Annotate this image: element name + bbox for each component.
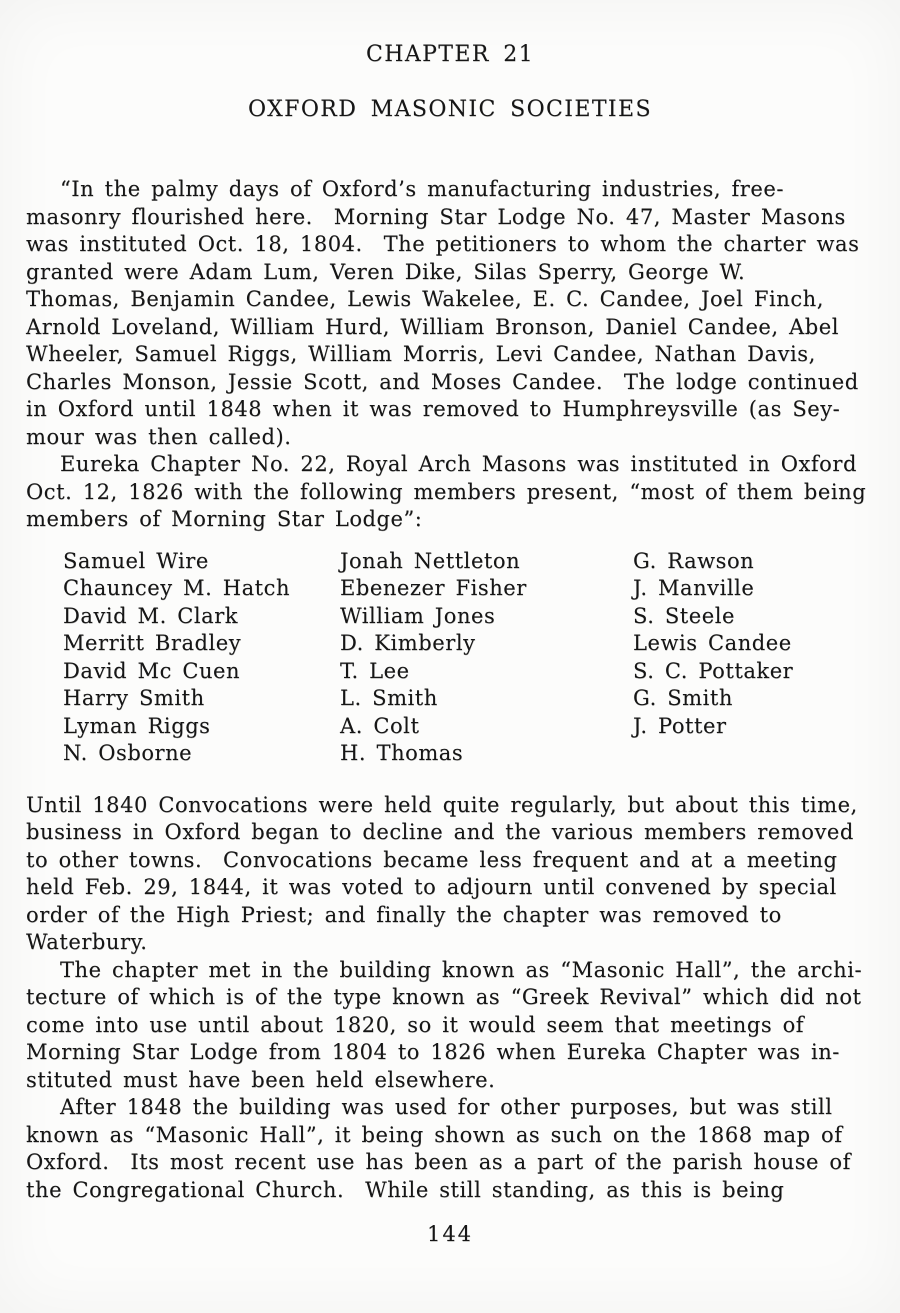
member-name: Chauncey M. Hatch: [63, 575, 340, 603]
text-line: Morning Star Lodge from 1804 to 1826 whe…: [26, 1039, 886, 1067]
text-line: business in Oxford began to decline and …: [26, 819, 886, 847]
member-name: L. Smith: [340, 685, 633, 713]
text-line: order of the High Priest; and finally th…: [26, 902, 886, 930]
member-name: T. Lee: [340, 658, 633, 686]
member-name: G. Rawson: [633, 548, 886, 576]
paragraph-morning-star-lodge: “In the palmy days of Oxford’s manufactu…: [26, 176, 886, 451]
text-line: Thomas, Benjamin Candee, Lewis Wakelee, …: [26, 286, 886, 314]
member-name: J. Potter: [633, 713, 886, 741]
paragraph-convocations: Until 1840 Convocations were held quite …: [26, 792, 886, 957]
member-name: G. Smith: [633, 685, 886, 713]
text-line: After 1848 the building was used for oth…: [26, 1094, 886, 1122]
member-name: A. Colt: [340, 713, 633, 741]
text-line: Oxford. Its most recent use has been as …: [26, 1149, 886, 1177]
text-line: masonry flourished here. Morning Star Lo…: [26, 204, 886, 232]
text-line: “In the palmy days of Oxford’s manufactu…: [26, 176, 886, 204]
text-line: the Congregational Church. While still s…: [26, 1177, 886, 1205]
text-line: mour was then called).: [26, 424, 886, 452]
member-name: N. Osborne: [63, 740, 340, 768]
text-line: tecture of which is of the type known as…: [26, 984, 886, 1012]
text-line: Eureka Chapter No. 22, Royal Arch Masons…: [26, 451, 886, 479]
member-name: David M. Clark: [63, 603, 340, 631]
text-line: held Feb. 29, 1844, it was voted to adjo…: [26, 874, 886, 902]
member-name: Samuel Wire: [63, 548, 340, 576]
members-column-3: G. RawsonJ. ManvilleS. SteeleLewis Cande…: [633, 548, 886, 768]
text-line: stituted must have been held elsewhere.: [26, 1067, 886, 1095]
member-name: D. Kimberly: [340, 630, 633, 658]
member-name: H. Thomas: [340, 740, 633, 768]
text-line: granted were Adam Lum, Veren Dike, Silas…: [26, 259, 886, 287]
text-line: come into use until about 1820, so it wo…: [26, 1012, 886, 1040]
text-line: members of Morning Star Lodge”:: [26, 506, 886, 534]
members-column-2: Jonah NettletonEbenezer FisherWilliam Jo…: [340, 548, 633, 768]
text-line: Until 1840 Convocations were held quite …: [26, 792, 886, 820]
text-line: Oct. 12, 1826 with the following members…: [26, 479, 886, 507]
text-line: Waterbury.: [26, 929, 886, 957]
member-name: Jonah Nettleton: [340, 548, 633, 576]
member-name: Harry Smith: [63, 685, 340, 713]
member-name: S. C. Pottaker: [633, 658, 886, 686]
text-line: to other towns. Convocations became less…: [26, 847, 886, 875]
text-line: The chapter met in the building known as…: [26, 957, 886, 985]
page-body: “In the palmy days of Oxford’s manufactu…: [26, 176, 886, 1204]
member-name: David Mc Cuen: [63, 658, 340, 686]
member-name: Ebenezer Fisher: [340, 575, 633, 603]
text-line: Charles Monson, Jessie Scott, and Moses …: [26, 369, 886, 397]
member-name: J. Manville: [633, 575, 886, 603]
text-line: was instituted Oct. 18, 1804. The petiti…: [26, 231, 886, 259]
member-name: S. Steele: [633, 603, 886, 631]
page-title: OXFORD MASONIC SOCIETIES: [0, 97, 900, 122]
text-line: Arnold Loveland, William Hurd, William B…: [26, 314, 886, 342]
paragraph-masonic-hall: The chapter met in the building known as…: [26, 957, 886, 1095]
member-name: Lewis Candee: [633, 630, 886, 658]
member-name: Lyman Riggs: [63, 713, 340, 741]
members-column-1: Samuel WireChauncey M. HatchDavid M. Cla…: [63, 548, 340, 768]
member-name: Merritt Bradley: [63, 630, 340, 658]
paragraph-eureka-chapter: Eureka Chapter No. 22, Royal Arch Masons…: [26, 451, 886, 534]
book-page: CHAPTER 21 OXFORD MASONIC SOCIETIES “In …: [0, 0, 900, 1313]
members-list: Samuel WireChauncey M. HatchDavid M. Cla…: [63, 548, 886, 768]
text-line: in Oxford until 1848 when it was removed…: [26, 396, 886, 424]
chapter-heading: CHAPTER 21: [0, 42, 900, 67]
text-line: known as “Masonic Hall”, it being shown …: [26, 1122, 886, 1150]
paragraph-after-1848: After 1848 the building was used for oth…: [26, 1094, 886, 1204]
member-name: William Jones: [340, 603, 633, 631]
text-line: Wheeler, Samuel Riggs, William Morris, L…: [26, 341, 886, 369]
page-number: 144: [0, 1222, 900, 1246]
